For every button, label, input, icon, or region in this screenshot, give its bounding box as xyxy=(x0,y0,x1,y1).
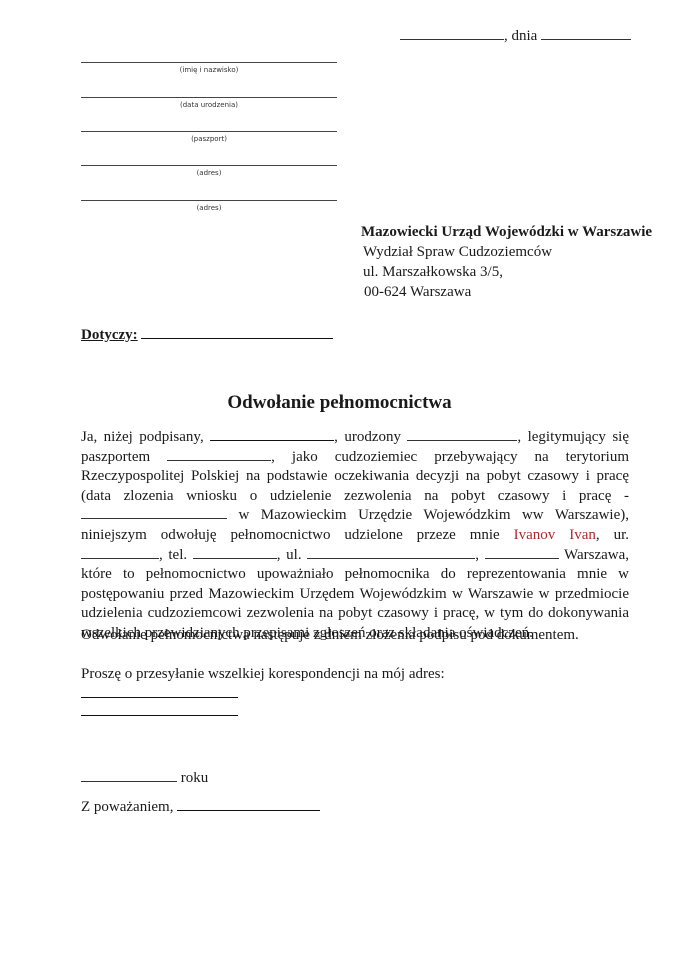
document-title: Odwołanie pełnomocnictwa xyxy=(0,392,679,414)
field-caption: (imię i nazwisko) xyxy=(81,66,337,74)
signature-blank[interactable] xyxy=(177,809,320,811)
phone-blank[interactable] xyxy=(193,557,277,559)
passport-blank-inline[interactable] xyxy=(167,459,271,461)
body-text: Ja, niżej podpisany, xyxy=(81,429,204,445)
address-blank-1[interactable] xyxy=(81,165,337,166)
body-paragraph: Ja, niżej podpisany, , urodzony , legity… xyxy=(81,428,629,644)
body-text: , jako cudzoziemiec przebywający na tery… xyxy=(81,449,629,504)
signer-name-blank[interactable] xyxy=(210,439,334,441)
principal-name: Ivanov Ivan xyxy=(514,527,596,543)
recipient-city: 00-624 Warszawa xyxy=(361,282,652,302)
recipient-block: Mazowiecki Urząd Wojewódzki w Warszawie … xyxy=(361,222,652,302)
recipient-street: ul. Marszałkowska 3/5, xyxy=(361,262,652,282)
closing-line: Z poważaniem, xyxy=(81,799,320,816)
field-caption: (adres) xyxy=(81,204,337,212)
roku-label: roku xyxy=(181,770,209,786)
subject-label: Dotyczy: xyxy=(81,327,138,343)
closing-text: Z poważaniem, xyxy=(81,799,173,815)
subject-line: Dotyczy: xyxy=(81,327,333,344)
field-birth-date: (data urodzenia) xyxy=(81,97,337,109)
correspondence-paragraph: Proszę o przesyłanie wszelkiej korespond… xyxy=(81,666,445,683)
address-blank-2[interactable] xyxy=(81,200,337,201)
field-address-2: (adres) xyxy=(81,200,337,212)
field-passport: (paszport) xyxy=(81,131,337,143)
body-text: , ul. xyxy=(277,547,302,563)
field-address-1: (adres) xyxy=(81,165,337,177)
name-blank[interactable] xyxy=(81,62,337,63)
street-blank[interactable] xyxy=(307,557,475,559)
recipient-department: Wydział Spraw Cudzoziemców xyxy=(361,242,652,262)
correspondence-address-blank-1[interactable] xyxy=(81,697,238,698)
place-blank[interactable] xyxy=(400,38,504,40)
signature-date-line: roku xyxy=(81,770,208,787)
field-caption: (paszport) xyxy=(81,135,337,143)
effective-date-paragraph: Odwołanie pełnomocnictwa następuje z dni… xyxy=(81,627,579,644)
street-number-blank[interactable] xyxy=(485,557,559,559)
birth-date-blank-inline[interactable] xyxy=(407,439,517,441)
date-separator: , dnia xyxy=(504,28,537,44)
birth-date-blank[interactable] xyxy=(81,97,337,98)
attorney-birth-blank[interactable] xyxy=(81,557,159,559)
place-date-line: , dnia xyxy=(400,28,631,45)
field-name: (imię i nazwisko) xyxy=(81,62,337,74)
passport-blank[interactable] xyxy=(81,131,337,132)
body-text: , xyxy=(475,547,479,563)
body-text: , tel. xyxy=(159,547,187,563)
correspondence-address-blank-2[interactable] xyxy=(81,715,238,716)
body-text: , ur. xyxy=(596,527,629,543)
recipient-name: Mazowiecki Urząd Wojewódzki w Warszawie xyxy=(361,222,652,242)
field-caption: (adres) xyxy=(81,169,337,177)
signature-date-blank[interactable] xyxy=(81,780,177,782)
body-text: , urodzony xyxy=(334,429,401,445)
field-caption: (data urodzenia) xyxy=(81,101,337,109)
date-blank[interactable] xyxy=(541,38,631,40)
application-date-blank[interactable] xyxy=(81,517,227,519)
subject-blank[interactable] xyxy=(141,337,333,339)
